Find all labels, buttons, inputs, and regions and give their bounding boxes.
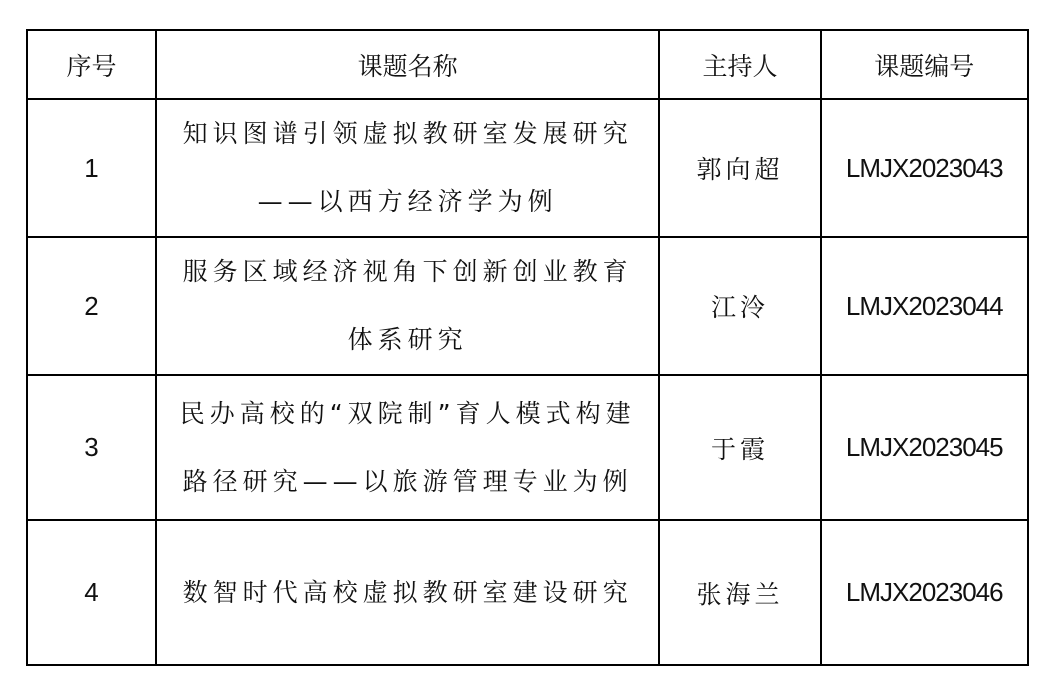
title-line: 路径研究——以旅游管理专业为例 [157,448,659,516]
header-row: 序号 课题名称 主持人 课题编号 [27,30,1028,99]
row-host: 江泠 [659,237,820,375]
row-title: 知识图谱引领虚拟教研室发展研究 ——以西方经济学为例 [156,99,660,237]
row-code: LMJX2023043 [821,99,1028,237]
title-line: 服务区域经济视角下创新创业教育 [157,238,659,306]
title-line: 数智时代高校虚拟教研室建设研究 [157,559,659,627]
row-host: 郭向超 [659,99,820,237]
row-index: 2 [27,237,156,375]
title-line: 民办高校的“双院制”育人模式构建 [157,380,659,448]
table-row: 3 民办高校的“双院制”育人模式构建 路径研究——以旅游管理专业为例 于霞 LM… [27,375,1028,520]
row-host: 张海兰 [659,520,820,665]
header-title: 课题名称 [156,30,660,99]
row-code: LMJX2023045 [821,375,1028,520]
project-table: 序号 课题名称 主持人 课题编号 1 知识图谱引领虚拟教研室发展研究 ——以西方… [26,29,1029,666]
row-title: 民办高校的“双院制”育人模式构建 路径研究——以旅游管理专业为例 [156,375,660,520]
header-index: 序号 [27,30,156,99]
row-title: 服务区域经济视角下创新创业教育 体系研究 [156,237,660,375]
header-code: 课题编号 [821,30,1028,99]
row-index: 4 [27,520,156,665]
row-index: 1 [27,99,156,237]
row-title: 数智时代高校虚拟教研室建设研究 [156,520,660,665]
row-code: LMJX2023044 [821,237,1028,375]
table-row: 4 数智时代高校虚拟教研室建设研究 张海兰 LMJX2023046 [27,520,1028,665]
table-row: 1 知识图谱引领虚拟教研室发展研究 ——以西方经济学为例 郭向超 LMJX202… [27,99,1028,237]
title-line: ——以西方经济学为例 [157,168,659,236]
table-row: 2 服务区域经济视角下创新创业教育 体系研究 江泠 LMJX2023044 [27,237,1028,375]
title-line: 知识图谱引领虚拟教研室发展研究 [157,100,659,168]
row-host: 于霞 [659,375,820,520]
row-index: 3 [27,375,156,520]
title-line: 体系研究 [157,306,659,374]
row-code: LMJX2023046 [821,520,1028,665]
header-host: 主持人 [659,30,820,99]
